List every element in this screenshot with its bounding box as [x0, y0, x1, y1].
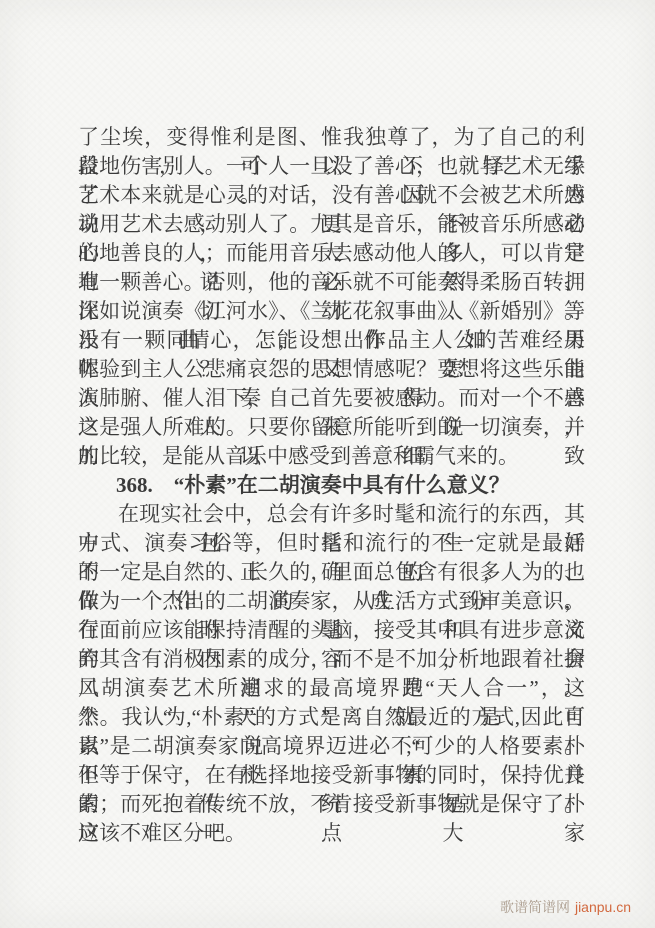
text-line: 心地善良的人；而能用音乐去感动他人的人，可以肯定地说必然拥 [78, 239, 585, 268]
question-heading: 368. “朴素”在二胡演奏中具有什么意义？ [78, 471, 585, 500]
text-line: 素”是二胡演奏家向高境界迈进必不可少的人格要素。但朴素并 [78, 732, 585, 761]
text-column: 了尘埃，变得惟利是图、惟我独尊了，为了自己的利益，可以不择手段地伤害别人。一个人… [78, 123, 585, 848]
text-line: 不一定是自然的、长久的，里面总包含有很多人为的、做作的成分。 [78, 558, 585, 587]
text-line: 二胡演奏艺术所追求的最高境界是“天人合一”，这个“天”就是自 [78, 674, 585, 703]
book-page: 了尘埃，变得惟利是图、惟我独尊了，为了自己的利益，可以不择手段地伤害别人。一个人… [0, 0, 655, 928]
text-line: 的比较，是能从音乐中感受到善意和霸气来的。 [78, 442, 585, 471]
text-line: 这是强人所难的。只要你留意所能听到的一切演奏，并加以细致 [78, 413, 585, 442]
text-line: 弃其含有消极因素的成分，而不是不加分析地跟着社会风潮跑。 [78, 645, 585, 674]
text-line: 段地伤害别人。一个人一旦没了善心，也就与艺术无缘了。因为 [78, 152, 585, 181]
text-line: 行面前应该能保持清醒的头脑，接受其中具有进步意义的内容，摒 [78, 616, 585, 645]
text-line: 有一颗善心。否则，他的音乐就不可能奏得柔肠百转、深切动人。 [78, 268, 585, 297]
text-line: 没有一颗同情心，怎能设想出作品主人公的苦难经历呢？又怎能 [78, 326, 585, 355]
text-line: 比如说演奏《江河水》、《兰花花叙事曲》、《新婚别》等乐曲,你如果 [78, 297, 585, 326]
text-line: 了尘埃，变得惟利是图、惟我独尊了，为了自己的利益，可以不择手 [78, 123, 585, 152]
text-line: 然。我认为,“朴素”的方式是离自然最近的方式,因此可以说,“朴 [78, 703, 585, 732]
watermark-site-name: 歌谱简谱网 [500, 899, 570, 915]
text-line: 体验到主人公悲痛哀怨的思想情感呢？要想将这些乐曲演奏得感 [78, 355, 585, 384]
text-line: 方式、演奏习俗等，但时髦和流行的不一定就是最好的、正确的，也 [78, 529, 585, 558]
watermark-site-url: jianpu.cn [575, 899, 631, 915]
text-line: 人肺腑、催人泪下，自己首先要被感动。而对一个不善之人来说， [78, 384, 585, 413]
text-line: 在现实社会中，总会有许多时髦和流行的东西，其中包括生活 [78, 500, 585, 529]
text-line: 不等于保守，在有选择地接受新事物的同时，保持优良的传统是朴 [78, 761, 585, 790]
text-line: 作为一个杰出的二胡演奏家，从生活方式到审美意识，在时髦和流 [78, 587, 585, 616]
watermark: 歌谱简谱网jianpu.cn [500, 897, 631, 917]
text-line: 说用艺术去感动别人了。尤其是音乐，能被音乐所感动的，大多是 [78, 210, 585, 239]
text-line: 素；而死抱着传统不放，不肯接受新事物就是保守了。这一点大家 [78, 790, 585, 819]
text-line: 艺术本来就是心灵的对话，没有善心就不会被艺术所感动，更不必 [78, 181, 585, 210]
